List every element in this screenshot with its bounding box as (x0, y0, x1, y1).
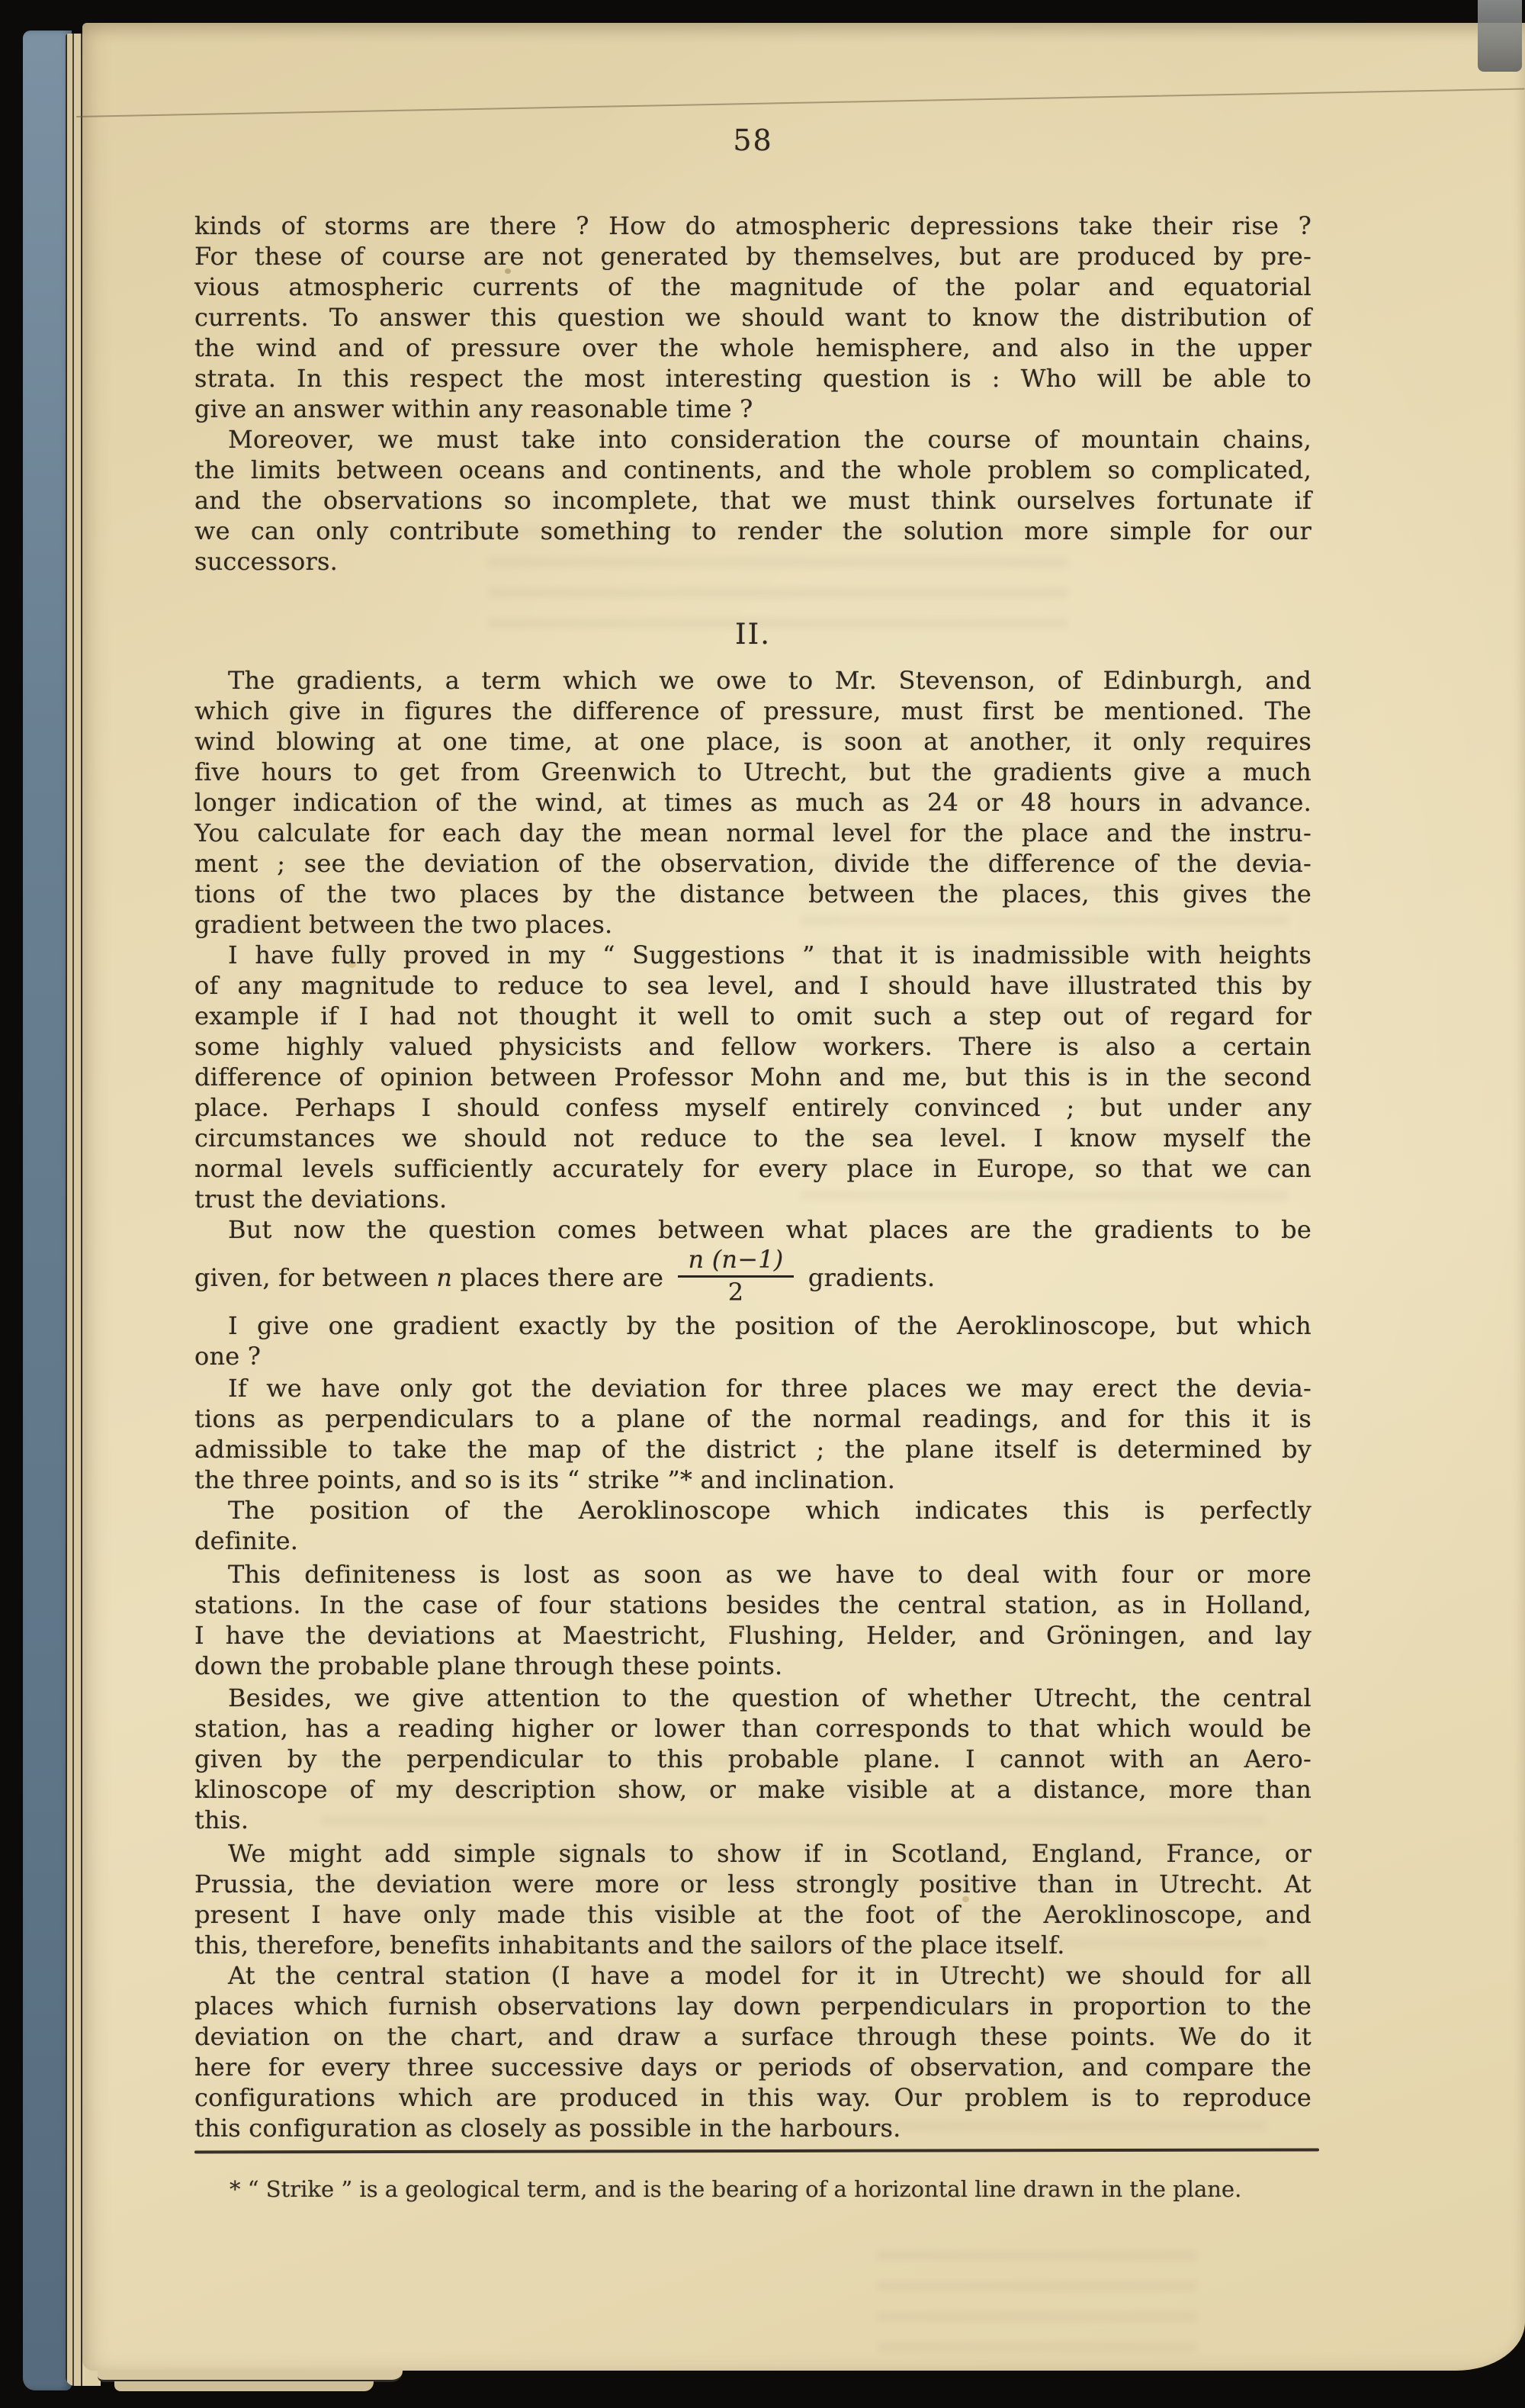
paragraph: I give one gradient exactly by the posit… (194, 1310, 1311, 1371)
text-line: I have the deviations at Maestricht, Flu… (194, 1620, 1311, 1651)
text-line: this. (194, 1805, 1311, 1835)
text-line: configurations which are produced in thi… (194, 2082, 1311, 2113)
formula-text-before: given, for between (194, 1263, 436, 1292)
text-line: Prussia, the deviation were more or less… (194, 1869, 1311, 1899)
text-line: At the central station (I have a model f… (194, 1960, 1311, 1991)
fraction: n (n−1)2 (678, 1246, 795, 1307)
text-line: which give in figures the difference of … (194, 696, 1311, 726)
text-line: and the observations so incomplete, that… (194, 485, 1311, 516)
text-line: stations. In the case of four stations b… (194, 1590, 1311, 1620)
text-line: definite. (194, 1525, 1311, 1556)
text-line: I give one gradient exactly by the posit… (194, 1310, 1311, 1341)
footnote-rule (194, 2148, 1319, 2153)
text-line: the three points, and so is its “ strike… (194, 1464, 1311, 1495)
text-line: the wind and of pressure over the whole … (194, 333, 1311, 363)
text-line: station, has a reading higher or lower t… (194, 1713, 1311, 1744)
paragraph-with-formula: But now the question comes between what … (194, 1214, 1311, 1310)
paragraph: This definiteness is lost as soon as we … (194, 1559, 1311, 1681)
text-line: successors. (194, 546, 1311, 577)
text-line: For these of course are not generated by… (194, 241, 1311, 272)
paragraph: I have fully proved in my “ Suggestions … (194, 940, 1311, 1214)
text-line: trust the deviations. (194, 1184, 1311, 1214)
paragraph: We might add simple signals to show if i… (194, 1838, 1311, 1960)
text-line: we can only contribute something to rend… (194, 516, 1311, 546)
text-line: vious atmospheric currents of the magnit… (194, 272, 1311, 302)
formula-text-middle: places there are (452, 1263, 671, 1292)
text-line: tions as perpendiculars to a plane of th… (194, 1403, 1311, 1434)
page-number: 58 (194, 124, 1311, 157)
text-line: The gradients, a term which we owe to Mr… (194, 665, 1311, 696)
text-line: But now the question comes between what … (194, 1214, 1311, 1245)
text-line: give an answer within any reasonable tim… (194, 394, 1311, 424)
book-scan: { "content": { "page_number": "58", "hea… (0, 0, 1525, 2408)
text-line: Moreover, we must take into consideratio… (194, 424, 1311, 455)
text-line: given by the perpendicular to this proba… (194, 1744, 1311, 1774)
text-line: longer indication of the wind, at times … (194, 787, 1311, 818)
text-line: tions of the two places by the distance … (194, 879, 1311, 909)
text-line: one ? (194, 1341, 1311, 1371)
text-line: this, therefore, benefits inhabitants an… (194, 1930, 1311, 1960)
fraction-numerator: n (n−1) (678, 1246, 795, 1275)
text-line: I have fully proved in my “ Suggestions … (194, 940, 1311, 970)
section-heading: II. (194, 618, 1311, 651)
formula-line: given, for between n places there are n … (194, 1245, 1311, 1310)
text-line: places which furnish observations lay do… (194, 1991, 1311, 2021)
text-line: This definiteness is lost as soon as we … (194, 1559, 1311, 1590)
paragraph: kinds of storms are there ? How do atmos… (194, 211, 1311, 424)
text-line: klinoscope of my description show, or ma… (194, 1774, 1311, 1805)
text-line: currents. To answer this question we sho… (194, 302, 1311, 333)
text-line: five hours to get from Greenwich to Utre… (194, 757, 1311, 787)
text-line: the limits between oceans and continents… (194, 455, 1311, 485)
text-line: down the probable plane through these po… (194, 1651, 1311, 1681)
printed-text-layer: 58 kinds of storms are there ? How do at… (0, 0, 1525, 2408)
paragraph: The gradients, a term which we owe to Mr… (194, 665, 1311, 940)
fraction-denominator: 2 (678, 1275, 795, 1307)
paragraph: The position of the Aeroklinoscope which… (194, 1495, 1311, 1556)
text-line: place. Perhaps I should confess myself e… (194, 1092, 1311, 1123)
text-line: gradient between the two places. (194, 909, 1311, 940)
text-line: kinds of storms are there ? How do atmos… (194, 211, 1311, 241)
paragraph: At the central station (I have a model f… (194, 1960, 1311, 2143)
text-line: The position of the Aeroklinoscope which… (194, 1495, 1311, 1525)
text-line: circumstances we should not reduce to th… (194, 1123, 1311, 1153)
text-line: deviation on the chart, and draw a surfa… (194, 2021, 1311, 2052)
text-line: present I have only made this visible at… (194, 1899, 1311, 1930)
text-line: wind blowing at one time, at one place, … (194, 726, 1311, 757)
text-line: here for every three successive days or … (194, 2052, 1311, 2082)
text-line: ment ; see the deviation of the observat… (194, 848, 1311, 879)
text-line: strata. In this respect the most interes… (194, 363, 1311, 394)
text-line: If we have only got the deviation for th… (194, 1373, 1311, 1403)
paragraph: If we have only got the deviation for th… (194, 1373, 1311, 1495)
footnote: * “ Strike ” is a geological term, and i… (194, 2175, 1315, 2204)
text-line: Besides, we give attention to the questi… (194, 1683, 1311, 1713)
text-line: this configuration as closely as possibl… (194, 2113, 1311, 2143)
paragraph: Besides, we give attention to the questi… (194, 1683, 1311, 1835)
text-line: some highly valued physicists and fellow… (194, 1031, 1311, 1062)
text-line: example if I had not thought it well to … (194, 1001, 1311, 1031)
formula-variable: n (436, 1263, 452, 1292)
text-line: admissible to take the map of the distri… (194, 1434, 1311, 1464)
text-line: We might add simple signals to show if i… (194, 1838, 1311, 1869)
text-line: difference of opinion between Professor … (194, 1062, 1311, 1092)
paragraph: Moreover, we must take into consideratio… (194, 424, 1311, 577)
text-line: normal levels sufficiently accurately fo… (194, 1153, 1311, 1184)
text-line: You calculate for each day the mean norm… (194, 818, 1311, 848)
text-line: of any magnitude to reduce to sea level,… (194, 970, 1311, 1001)
formula-text-after: gradients. (800, 1263, 935, 1292)
